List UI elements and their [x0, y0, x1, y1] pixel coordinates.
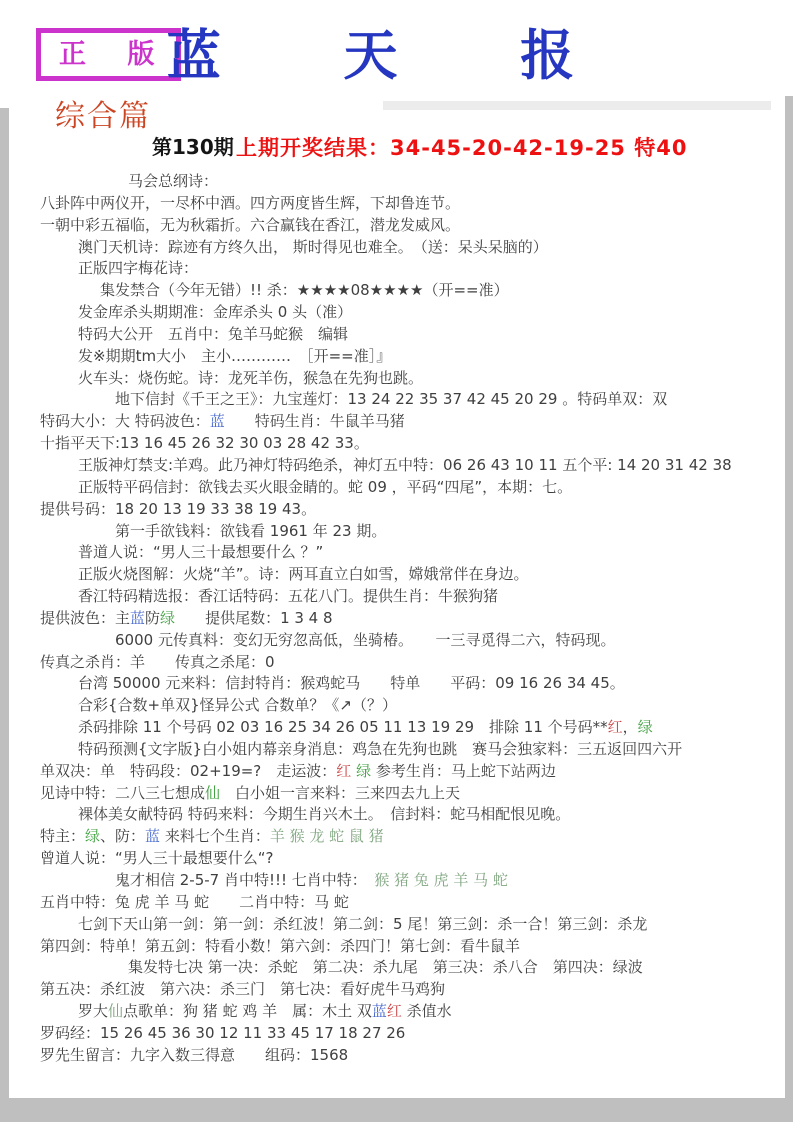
- text-line: 鬼才相信 2-5-7 肖中特!!! 七肖中特： 猴 猪 兔 虎 羊 马 蛇: [40, 870, 793, 892]
- text-line: 澳门天机诗：踪迹有方终久出， 斯时得见也难全。 （送：呆头呆脑的）: [40, 237, 793, 259]
- text-line: 集发特七决 第一决：杀蛇 第二决：杀九尾 第三决：杀八合 第四决：绿波: [40, 957, 793, 979]
- text-line: 王版神灯禁支:羊鸡。此乃神灯特码绝杀，神灯五中特：06 26 43 10 11 …: [40, 455, 793, 477]
- page-frame-left: [0, 108, 9, 1122]
- text-line: 地下信封《千王之王》：九宝莲灯：13 24 22 35 37 42 45 20 …: [40, 389, 793, 411]
- text-line: 五肖中特：兔 虎 羊 马 蛇 二肖中特：马 蛇: [40, 892, 793, 914]
- text-line: 传真之杀肖：羊 传真之杀尾：0: [40, 652, 793, 674]
- text-line: 提供波色：主蓝防绿 提供尾数：1 3 4 8: [40, 608, 793, 630]
- text-line: 马会总纲诗：: [40, 171, 793, 193]
- text-line: 6000 元传真料：变幻无穷忽高低，坐骑椿。 一三寻觅得二六，特码现。: [40, 630, 793, 652]
- last-draw-result: 上期开奖结果：34-45-20-42-19-25 特40: [236, 132, 687, 162]
- text-line: 特主：绿、防：蓝 来料七个生肖：羊 猴 龙 蛇 鼠 猪: [40, 826, 793, 848]
- text-line: 特码大公开 五肖中：兔羊马蛇猴 编辑: [40, 324, 793, 346]
- text-line: 合彩{合数+单双}怪异公式 合数单？《↗（？）: [40, 695, 793, 717]
- text-line: 七剑下天山第一剑：第一剑：杀红波！第二剑：5 尾！第三剑：杀一合！第三剑：杀龙: [40, 914, 793, 936]
- text-line: 集发禁合（今年无错）!! 杀：★★★★08★★★★（开==准）: [40, 280, 793, 302]
- text-line: 提供号码：18 20 13 19 33 38 19 43。: [40, 499, 793, 521]
- text-line: 正版特平码信封：欲钱去买火眼金睛的。蛇 09 ，平码“四尾”，本期：七。: [40, 477, 793, 499]
- text-line: 第四剑：特单！第五剑：特看小数！第六剑：杀四门！第七剑：看牛鼠羊: [40, 936, 793, 958]
- text-line: 发※期期tm大小 主小………… ［开==准］』: [40, 346, 793, 368]
- text-line: 罗码经：15 26 45 36 30 12 11 33 45 17 18 27 …: [40, 1023, 793, 1045]
- text-line: 罗大仙点歌单：狗 猪 蛇 鸡 羊 属：木土 双蓝红 杀值水: [40, 1001, 793, 1023]
- text-line: 台湾 50000 元来料：信封特肖：猴鸡蛇马 特单 平码：09 16 26 34…: [40, 673, 793, 695]
- issue-number: 第130期: [152, 131, 234, 160]
- text-line: 普道人说：“男人三十最想要什么 ？”: [40, 542, 793, 564]
- text-line: 香江特码精选报：香江话特码：五花八门。提供生肖：牛猴狗猪: [40, 586, 793, 608]
- paper-title: 蓝 天 报: [0, 26, 793, 85]
- text-line: 裸体美女献特码 特码来料：今期生肖兴木土。 信封料：蛇马相配恨见晚。: [40, 804, 793, 826]
- text-line: 正版四字梅花诗：: [40, 258, 793, 280]
- text-line: 曾道人说：“男人三十最想要什么“?: [40, 848, 793, 870]
- section-label: 综合篇: [55, 100, 151, 133]
- text-line: 杀码排除 11 个号码 02 03 16 25 34 26 05 11 13 1…: [40, 717, 793, 739]
- text-line: 罗先生留言：九字入数三得意 组码：1568: [40, 1045, 793, 1067]
- text-line: 第五决：杀红波 第六决：杀三门 第七决：看好虎牛马鸡狗: [40, 979, 793, 1001]
- title-underline-bar: [383, 101, 771, 110]
- page-frame-bottom: [0, 1098, 793, 1122]
- text-line: 第一手欲钱料：欲钱看 1961 年 23 期。: [40, 521, 793, 543]
- text-line: 特码预测{文字版}白小姐内幕亲身消息：鸡急在先狗也跳 赛马会独家料：三五返回四六…: [40, 739, 793, 761]
- text-line: 一朝中彩五福临，无为秋霜折。六合赢钱在香江，潜龙发威风。: [40, 215, 793, 237]
- text-line: 八卦阵中两仪开，一尽杯中酒。四方两度皆生辉，下却鲁连节。: [40, 193, 793, 215]
- text-line: 发金库杀头期期准：金库杀头 0 头（准）: [40, 302, 793, 324]
- text-line: 正版火烧图解：火烧“羊”。诗：两耳直立白如雪，嫦娥常伴在身边。: [40, 564, 793, 586]
- text-line: 十指平天下:13 16 45 26 32 30 03 28 42 33。: [40, 433, 793, 455]
- text-line: 单双决：单 特码段：02+19=? 走运波：红 绿 参考生肖：马上蛇下站两边: [40, 761, 793, 783]
- text-line: 见诗中特：二八三七想成仙 白小姐一言来料：三来四去九上天: [40, 783, 793, 805]
- text-line: 火车头：烧伤蛇。诗：龙死羊伤，猴急在先狗也跳。: [40, 368, 793, 390]
- body-lines: 马会总纲诗：八卦阵中两仪开，一尽杯中酒。四方两度皆生辉，下却鲁连节。一朝中彩五福…: [40, 171, 793, 1067]
- text-line: 特码大小：大 特码波色：蓝 特码生肖：牛鼠羊马猪: [40, 411, 793, 433]
